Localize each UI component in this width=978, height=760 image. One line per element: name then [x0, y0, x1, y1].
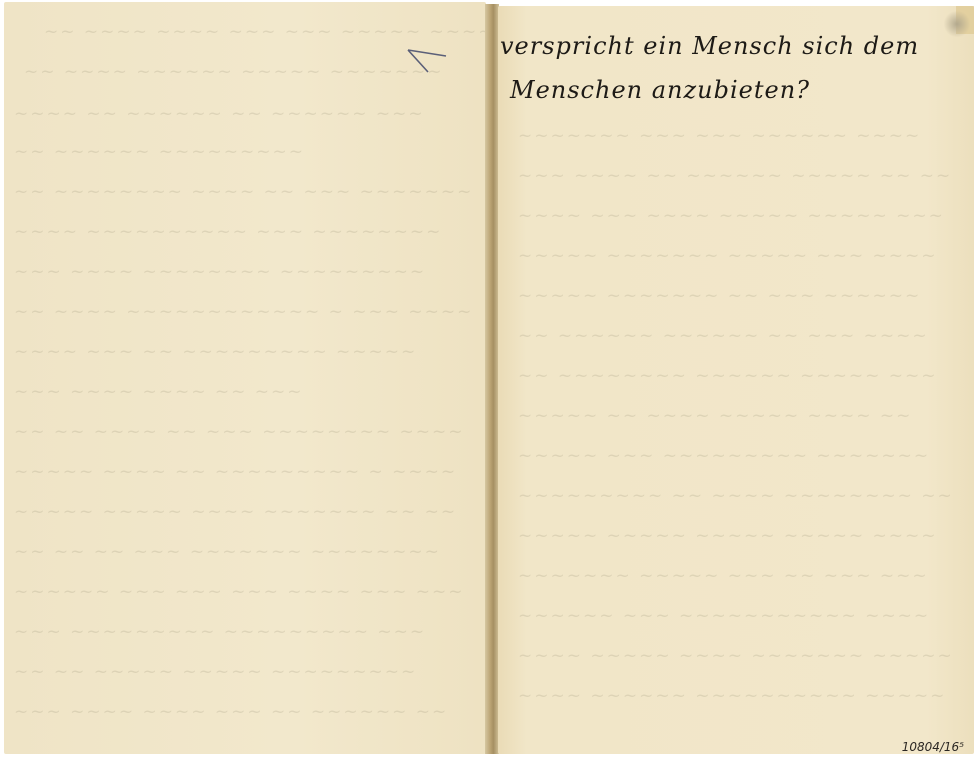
- left-page: ~~ ~~~~ ~~~~ ~~~ ~~~ ~~~~~ ~~~~ ~~ ~~~~ …: [4, 2, 486, 754]
- stain-mark: [944, 10, 970, 38]
- heading-line-1: verspricht ein Mensch sich dem: [500, 32, 919, 60]
- right-page: verspricht ein Mensch sich dem Menschen …: [498, 6, 974, 754]
- book-gutter: [485, 4, 499, 754]
- heading-line-2: Menschen anzubieten?: [510, 76, 810, 104]
- catalog-number: 10804/16⁵: [902, 740, 964, 754]
